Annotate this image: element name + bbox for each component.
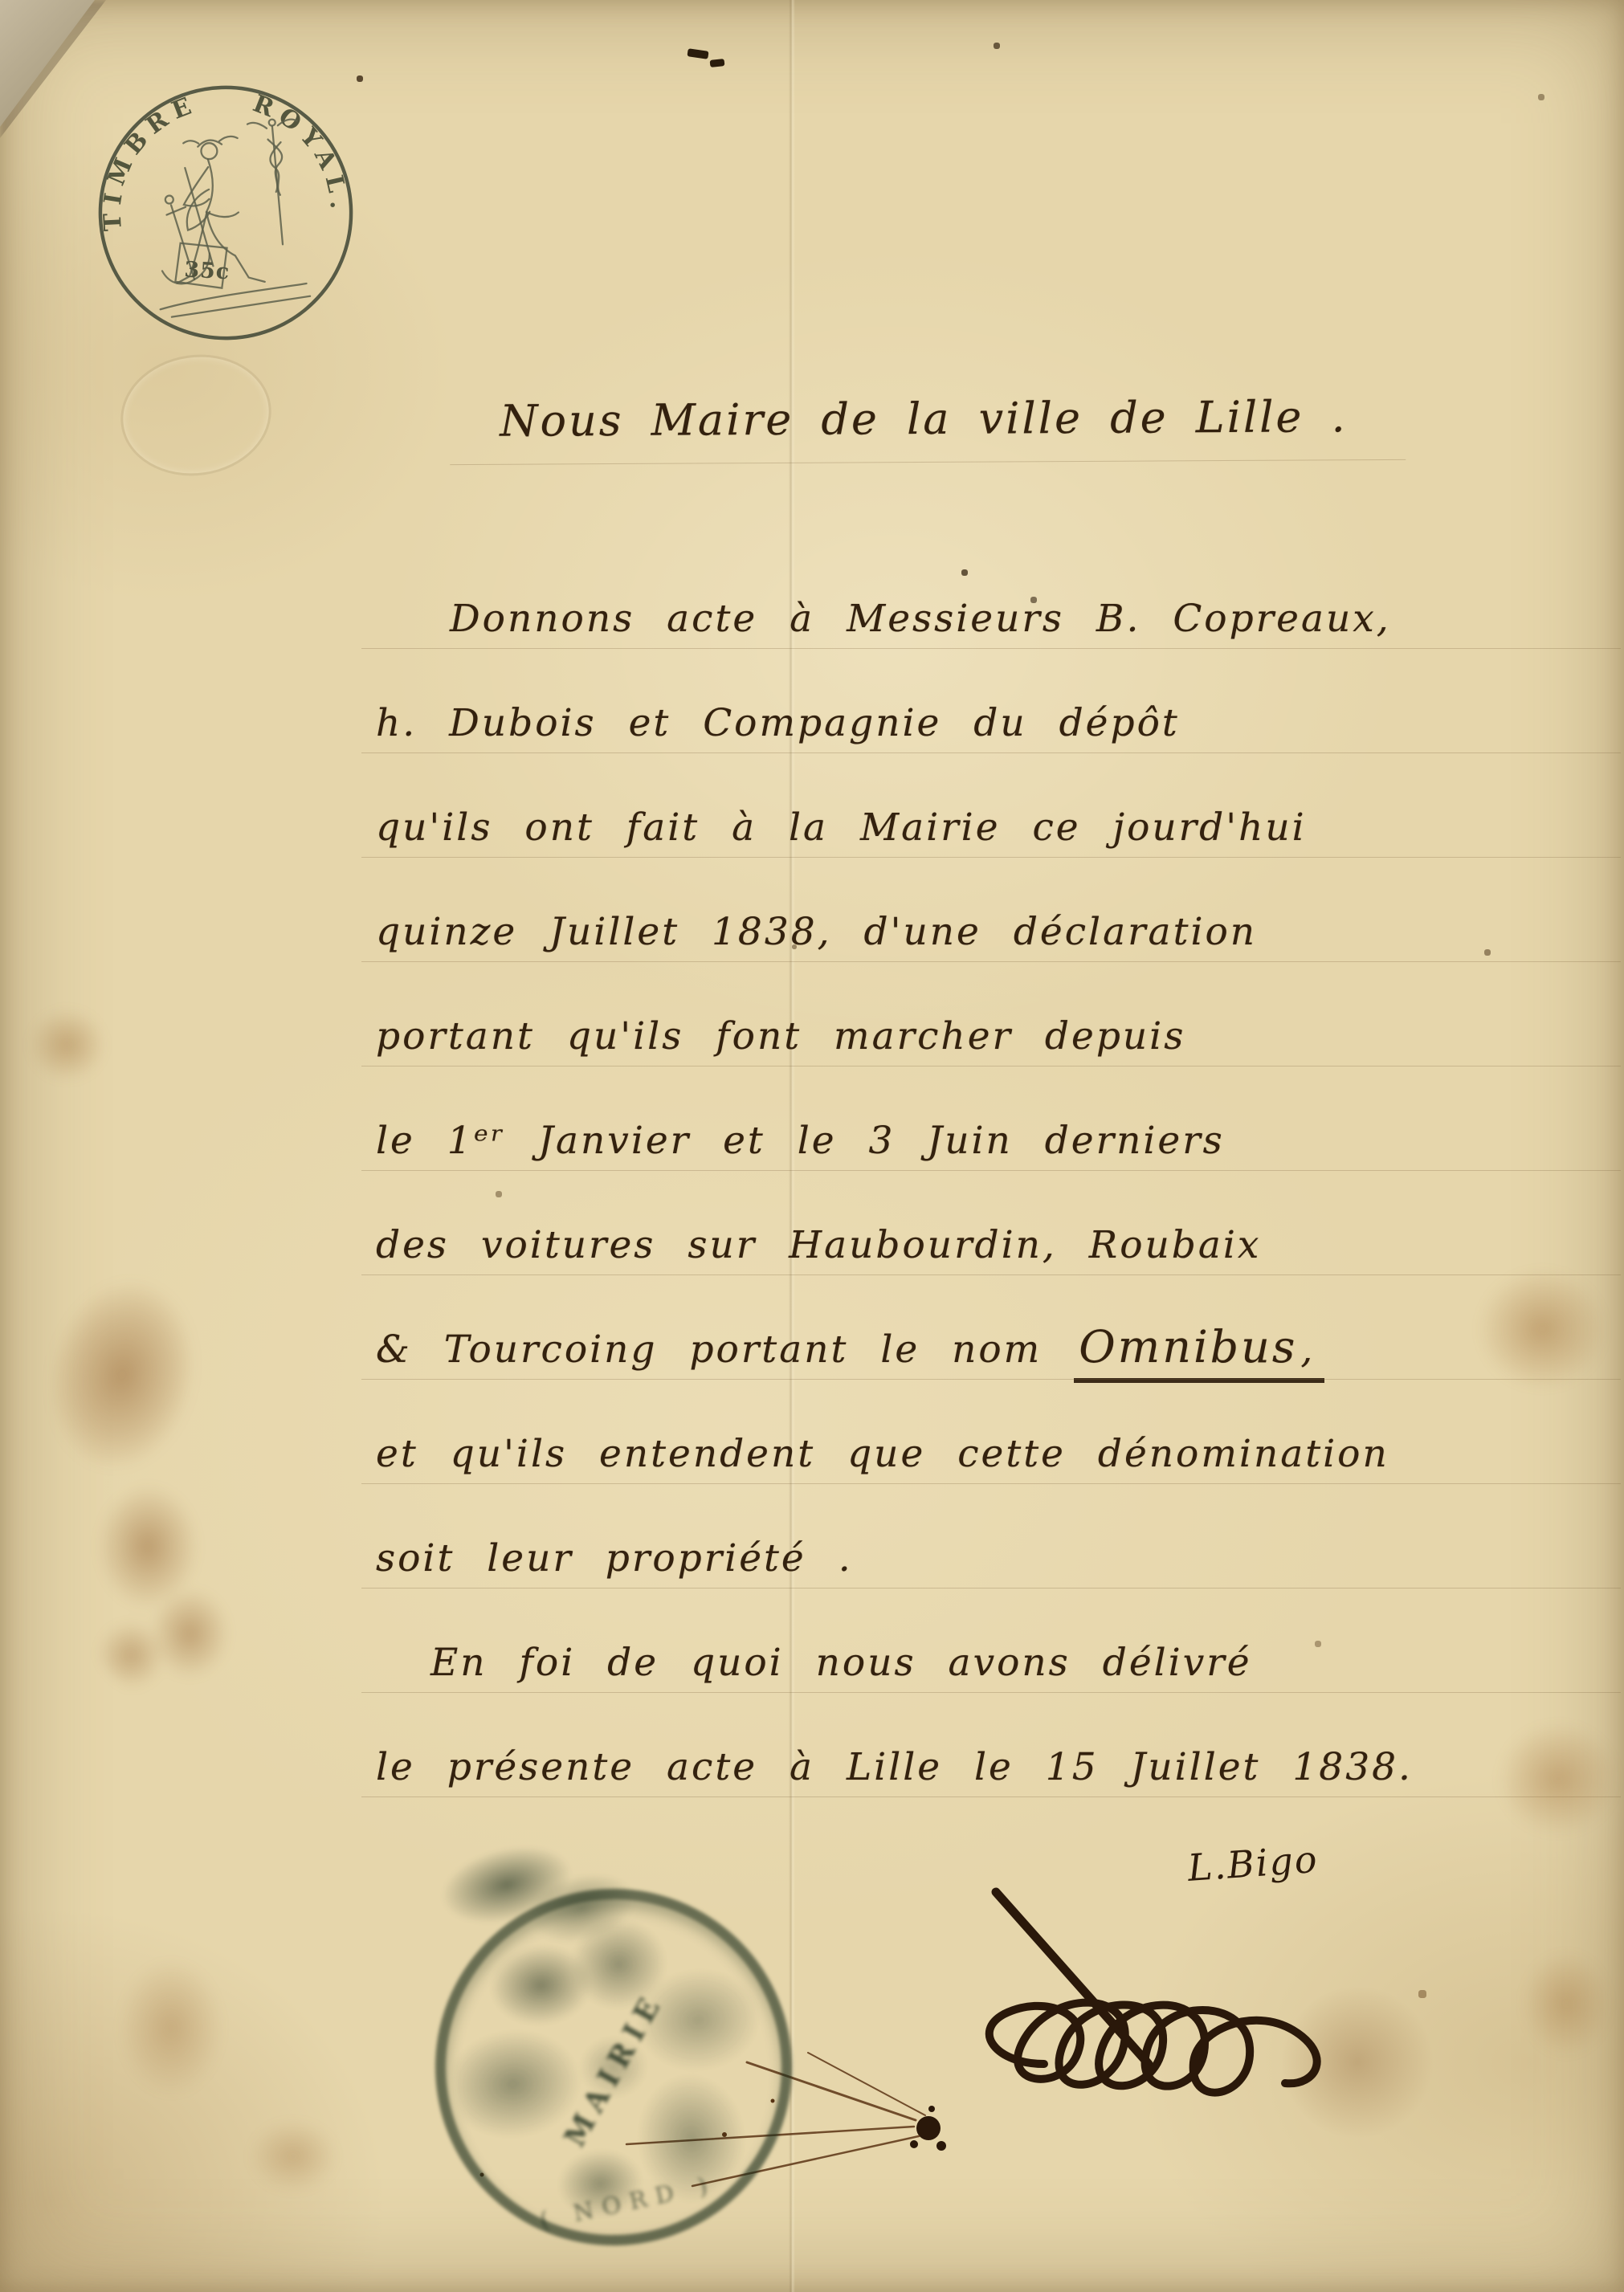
body-line-3: qu'ils ont fait à la Mairie ce jourd'hui [376,776,1624,880]
stamp-value-text: 35c [184,257,231,284]
manuscript-page: { "colors": { "paper": "#e6d6ab", "ink":… [0,0,1624,2292]
municipal-ink-stamp: MAIRIE ( NORD ) [418,1871,810,2263]
body-line-9: et qu'ils entendent que cette dénominati… [376,1402,1624,1507]
document-body: Donnons acte à Messieurs B. Copreaux, h.… [376,567,1624,1820]
signature-name: L.Bigo [1185,1837,1320,1890]
body-line-10: soit leur propriété . [376,1507,1624,1611]
embossed-seal-mark [112,345,279,486]
top-edge-ink-mark [687,48,708,59]
stamp-arc-right-text: ROYAL. [248,87,353,219]
body-line-6: le 1ᵉʳ Janvier et le 3 Juin derniers [376,1089,1624,1193]
omnibus-underlined-word: Omnibus [1074,1326,1324,1383]
royal-text: ROYAL. [248,87,353,219]
foxing-stain [1478,1269,1606,1389]
top-edge-ink-mark [710,59,725,67]
foxing-stain [31,1266,213,1484]
timbre-royal-stamp-icon: TIMBRE ROYAL. 35c [85,72,366,353]
foxing-stain [29,1009,105,1081]
stamp-outer-ring [96,84,356,343]
mercury-figure-icon [154,118,311,317]
body-line-2: h. Dubois et Compagnie du dépôt [376,671,1624,776]
body-line-1: Donnons acte à Messieurs B. Copreaux, [376,567,1624,671]
body-line-8-pre: & Tourcoing portant le nom [376,1327,1074,1372]
body-line-8: & Tourcoing portant le nom Omnibus, [376,1298,1624,1402]
body-line-4: quinze Juillet 1838, d'une déclaration [376,880,1624,985]
body-line-7: des voitures sur Haubourdin, Roubaix [376,1193,1624,1298]
foxing-stain [1498,1723,1618,1835]
foxing-stain [119,1960,223,2096]
body-line-8-post: , [1300,1327,1315,1372]
signature-flourish-loops-icon [989,2003,1317,2093]
foxing-stain [249,2120,337,2192]
body-line-5: portant qu'ils font marcher depuis [376,985,1624,1089]
ink-haze [1281,1986,1434,2139]
body-line-11: En foi de quoi nous avons délivré [376,1611,1624,1715]
foxing-stain [80,1482,249,1699]
document-title: Nous Maire de la ville de Lille . [418,361,1430,479]
foxing-stain [1522,1951,1610,2056]
paper-specks [0,0,2,2]
